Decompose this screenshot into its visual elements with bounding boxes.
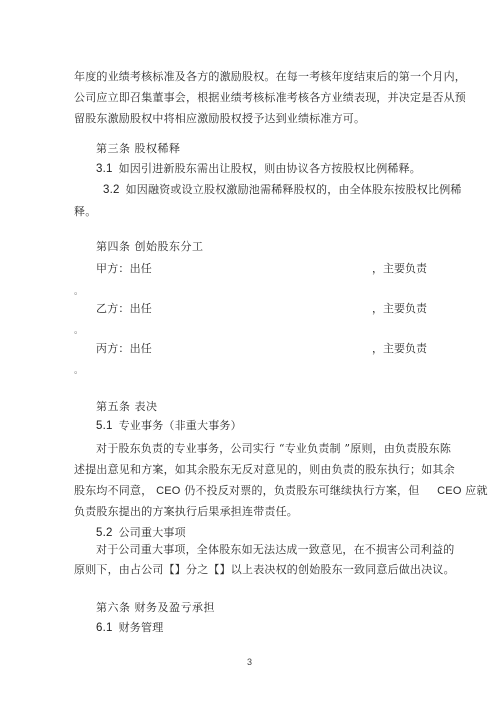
party-b-responsibility: ，主要负责 bbox=[372, 302, 427, 316]
clause-5-2-heading: 5.2公司重大事项 bbox=[96, 526, 186, 540]
clause-title: 专业事务（非重大事务） bbox=[119, 419, 242, 432]
clause-number: 3.2 bbox=[103, 184, 120, 196]
intro-line-1: 年度的业绩考核标准及各方的激励股权。在每一考核年度结束后的第一个月内， bbox=[74, 70, 466, 84]
text-segment: 股东均不同意， bbox=[74, 484, 152, 497]
clause-5-1-line-4: 负责股东提出的方案执行后果承担连带责任。 bbox=[74, 505, 298, 519]
party-a-period: 。 bbox=[74, 284, 83, 297]
party-b-period: 。 bbox=[74, 323, 83, 336]
text-segment: 仍不投反对票的，负责股东可继续执行方案，但 bbox=[184, 484, 419, 497]
clause-3-1: 3.1如因引进新股东需出让股权，则由协议各方按股权比例稀释。 bbox=[96, 162, 421, 176]
intro-line-3: 留股东激励股权中将相应激励股权授予达到业绩标准方可。 bbox=[74, 112, 365, 126]
clause-number: 5.1 bbox=[96, 420, 113, 432]
clause-number: 3.1 bbox=[96, 163, 113, 175]
clause-5-1-line-3: 股东均不同意， CEO 仍不投反对票的，负责股东可继续执行方案，但 CEO 应就 bbox=[74, 484, 488, 498]
clause-5-1-line-1: 对于股东负责的专业事务，公司实行 “专业负责制 ”原则，由负责股东陈 bbox=[96, 442, 451, 456]
clause-title: 公司重大事项 bbox=[119, 526, 186, 539]
clause-5-1-heading: 5.1专业事务（非重大事务） bbox=[96, 419, 242, 433]
party-b-role: 乙方：出任 bbox=[96, 302, 152, 316]
article-6-heading: 第六条 财务及盈亏承担 bbox=[96, 601, 215, 615]
clause-5-1-line-2: 述提出意见和方案，如其余股东无反对意见的，则由负责的股东执行；如其余 bbox=[74, 463, 455, 477]
party-a-responsibility: ，主要负责 bbox=[372, 262, 427, 276]
clause-number: 6.1 bbox=[96, 622, 113, 634]
clause-text: 如因融资或设立股权激励池需稀释股权的，由全体股东按股权比例稀 bbox=[126, 183, 462, 196]
party-c-responsibility: ，主要负责 bbox=[372, 342, 427, 356]
party-a-role: 甲方：出任 bbox=[96, 262, 152, 276]
page-number: 3 bbox=[247, 657, 252, 667]
clause-title: 财务管理 bbox=[119, 621, 164, 634]
party-c-role: 丙方：出任 bbox=[96, 342, 152, 356]
article-5-heading: 第五条 表决 bbox=[96, 400, 158, 414]
clause-3-2: 3.2如因融资或设立股权激励池需稀释股权的，由全体股东按股权比例稀 bbox=[103, 183, 462, 197]
article-3-heading: 第三条 股权稀释 bbox=[96, 142, 181, 156]
clause-5-2-line-1: 对于公司重大事项，全体股东如无法达成一致意见，在不损害公司利益的 bbox=[96, 543, 454, 557]
intro-line-2: 公司应立即召集董事会，根据业绩考核标准考核各方业绩表现，并决定是否从预 bbox=[74, 91, 466, 105]
clause-3-2-continuation: 释。 bbox=[74, 205, 96, 219]
ceo-term: CEO bbox=[156, 485, 180, 497]
clause-number: 5.2 bbox=[96, 527, 113, 539]
text-segment: 应就 bbox=[465, 484, 487, 497]
ceo-term: CEO bbox=[437, 485, 461, 497]
clause-5-2-line-2: 原则下，由占公司【】分之【】以上表决权的创始股东一致同意后做出决议。 bbox=[74, 563, 455, 577]
article-4-heading: 第四条 创始股东分工 bbox=[96, 240, 204, 254]
clause-text: 如因引进新股东需出让股权，则由协议各方按股权比例稀释。 bbox=[119, 162, 421, 175]
clause-6-1-heading: 6.1财务管理 bbox=[96, 621, 163, 635]
party-c-period: 。 bbox=[74, 363, 83, 376]
